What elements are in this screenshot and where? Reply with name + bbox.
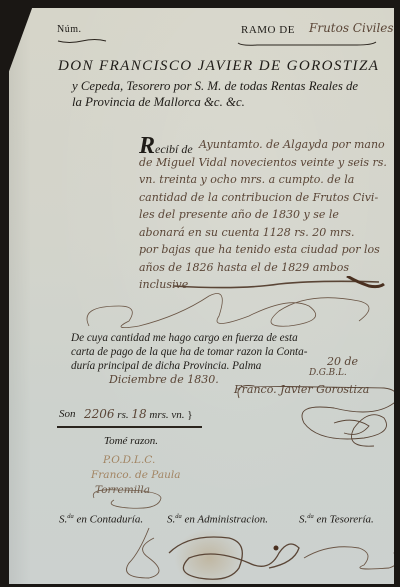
handwritten-line: cantidad de la contribucion de Frutos Ci… xyxy=(139,189,389,207)
amount-mrs-value: 18 xyxy=(131,407,146,421)
closing-flourish xyxy=(79,276,389,336)
tome-razon-label: Tomé razon. xyxy=(104,435,158,447)
office-sup: da xyxy=(175,513,182,520)
num-underline-flourish xyxy=(57,38,107,44)
office-prefix: S. xyxy=(59,514,67,526)
num-label: Núm. xyxy=(57,24,82,35)
handwritten-line: vn. treinta y ocho mrs. a cumpto. de la xyxy=(139,171,389,189)
tome-razon-rubric xyxy=(89,478,169,518)
date-handwritten: Diciembre de 1830. xyxy=(109,373,219,386)
handwritten-line: abonará en su cuenta 1128 rs. 20 mrs. xyxy=(139,224,389,242)
office-sup: da xyxy=(307,513,314,520)
handwritten-line: de Miguel Vidal novecientos veinte y sei… xyxy=(139,154,389,172)
amount-son-label: Son xyxy=(59,408,76,420)
ramo-label: RAMO DE xyxy=(241,24,295,36)
issuer-subtitle-line-2: la Provincia de Mallorca &c. &c. xyxy=(72,94,392,110)
amount-line: 2206 rs. 18 mrs. vn. } xyxy=(84,407,193,421)
handwritten-line: Ayuntamto. de Algayda por mano xyxy=(139,136,389,154)
declaration-line-1: De cuya cantidad me hago cargo en fuerza… xyxy=(71,331,391,345)
ramo-value: Frutos Civiles xyxy=(309,21,394,35)
amount-reales-value: 2206 xyxy=(84,407,115,421)
office-sup: da xyxy=(67,513,74,520)
handwritten-line: años de 1826 hasta el de 1829 ambos xyxy=(139,259,389,277)
issuer-subtitle: y Cepeda, Tesorero por S. M. de todas Re… xyxy=(72,78,392,110)
amount-brace: } xyxy=(187,409,192,421)
tome-sig-line: P.O.D.L.C. xyxy=(91,453,181,468)
document-paper: Núm. RAMO DE Frutos Civiles DON FRANCISC… xyxy=(9,8,394,584)
issuer-title: DON FRANCISCO JAVIER DE GOROSTIZA xyxy=(58,58,379,75)
issuer-subtitle-line-1: y Cepeda, Tesorero por S. M. de todas Re… xyxy=(72,78,392,94)
amount-rs-label: rs. xyxy=(117,409,128,421)
amount-underline xyxy=(57,426,202,428)
ramo-underline-flourish xyxy=(237,41,377,47)
receipt-handwritten-body: Ayuntamto. de Algayda por mano de Miguel… xyxy=(139,136,389,294)
date-day-handwritten: 20 de xyxy=(327,355,358,368)
amount-mrs-label: mrs. vn. xyxy=(149,409,184,421)
handwritten-line: por bajas que ha tenido esta ciudad por … xyxy=(139,241,389,259)
treasurer-rubric-flourish xyxy=(234,368,400,458)
office-signatures-rubrics xyxy=(119,523,400,587)
handwritten-line: les del presente año de 1830 y se le xyxy=(139,206,389,224)
